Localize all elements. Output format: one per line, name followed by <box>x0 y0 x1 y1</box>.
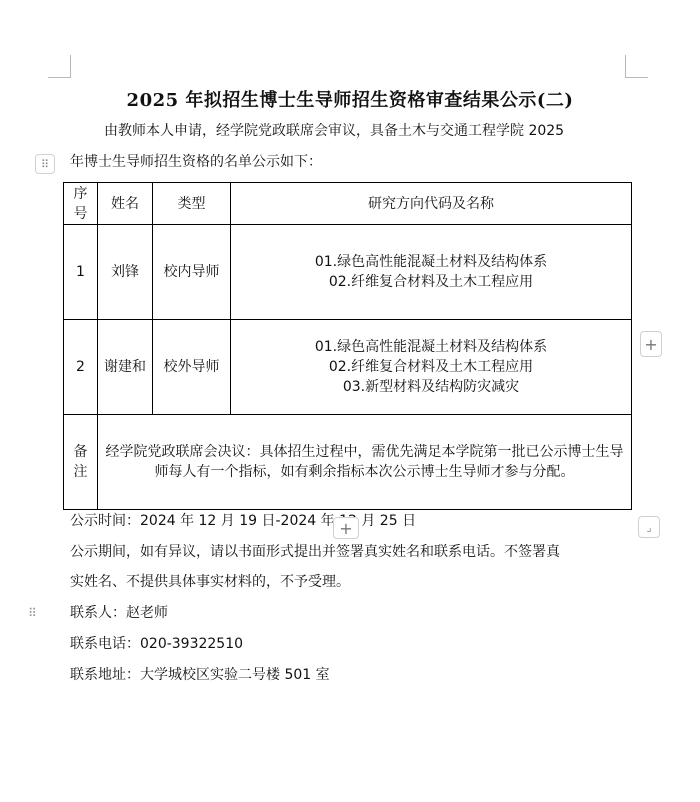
page-margin-corner-top-left <box>48 55 71 78</box>
cell-type: 校外导师 <box>153 320 231 415</box>
notes-label: 备注 <box>64 415 98 510</box>
add-row-button[interactable]: + <box>333 517 359 539</box>
cell-name: 刘锋 <box>98 225 153 320</box>
grip-dots-icon: ⠿ <box>41 158 49 171</box>
supervisor-table: 序号 姓名 类型 研究方向代码及名称 1 刘锋 校内导师 01.绿色高性能混凝土… <box>63 182 632 510</box>
grip-dots-icon: ⠿ <box>28 606 38 620</box>
contact-phone: 联系电话：020-39322510 <box>70 634 243 654</box>
page-margin-corner-top-right <box>625 55 648 78</box>
objection-notice-line1: 公示期间，如有异议，请以书面形式提出并签署真实姓名和联系电话。不签署真 <box>70 542 560 562</box>
contact-address: 联系地址：大学城校区实验二号楼 501 室 <box>70 665 330 685</box>
contact-person: 联系人：赵老师 <box>70 603 168 623</box>
document-title: 2025 年拟招生博士生导师招生资格审查结果公示(二) <box>0 86 700 112</box>
notes-text: 经学院党政联席会决议：具体招生过程中，需优先满足本学院第一批已公示博士生导师每人… <box>98 415 632 510</box>
paragraph-drag-handle[interactable]: ⠿ <box>28 610 38 616</box>
direction-item: 01.绿色高性能混凝土材料及结构体系 <box>235 337 627 357</box>
cell-directions: 01.绿色高性能混凝土材料及结构体系 02.纤维复合材料及土木工程应用 <box>231 225 632 320</box>
direction-item: 02.纤维复合材料及土木工程应用 <box>235 357 627 377</box>
header-directions: 研究方向代码及名称 <box>231 183 632 225</box>
table-resize-handle[interactable]: ⌟ <box>638 516 660 538</box>
cell-directions: 01.绿色高性能混凝土材料及结构体系 02.纤维复合材料及土木工程应用 03.新… <box>231 320 632 415</box>
plus-icon: + <box>339 519 352 538</box>
table-header-row: 序号 姓名 类型 研究方向代码及名称 <box>64 183 632 225</box>
cell-seq: 1 <box>64 225 98 320</box>
cell-name: 谢建和 <box>98 320 153 415</box>
intro-paragraph-line2: 年博士生导师招生资格的名单公示如下： <box>70 152 322 172</box>
resize-icon: ⌟ <box>646 521 651 534</box>
direction-item: 01.绿色高性能混凝土材料及结构体系 <box>235 252 627 272</box>
direction-item: 02.纤维复合材料及土木工程应用 <box>235 272 627 292</box>
header-type: 类型 <box>153 183 231 225</box>
direction-item: 03.新型材料及结构防灾减灾 <box>235 377 627 397</box>
table-drag-handle[interactable]: ⠿ <box>35 154 55 174</box>
cell-seq: 2 <box>64 320 98 415</box>
header-name: 姓名 <box>98 183 153 225</box>
cell-type: 校内导师 <box>153 225 231 320</box>
table-row: 1 刘锋 校内导师 01.绿色高性能混凝土材料及结构体系 02.纤维复合材料及土… <box>64 225 632 320</box>
plus-icon: + <box>644 335 657 354</box>
intro-paragraph-line1: 由教师本人申请，经学院党政联席会审议，具备土木与交通工程学院 2025 <box>104 121 564 141</box>
header-seq: 序号 <box>64 183 98 225</box>
objection-notice-line2: 实姓名、不提供具体事实材料的，不予受理。 <box>70 572 350 592</box>
add-column-button[interactable]: + <box>640 331 662 357</box>
announcement-period: 公示时间：2024 年 12 月 19 日-2024 年 12 月 25 日 <box>70 511 416 531</box>
table-notes-row: 备注 经学院党政联席会决议：具体招生过程中，需优先满足本学院第一批已公示博士生导… <box>64 415 632 510</box>
table-row: 2 谢建和 校外导师 01.绿色高性能混凝土材料及结构体系 02.纤维复合材料及… <box>64 320 632 415</box>
